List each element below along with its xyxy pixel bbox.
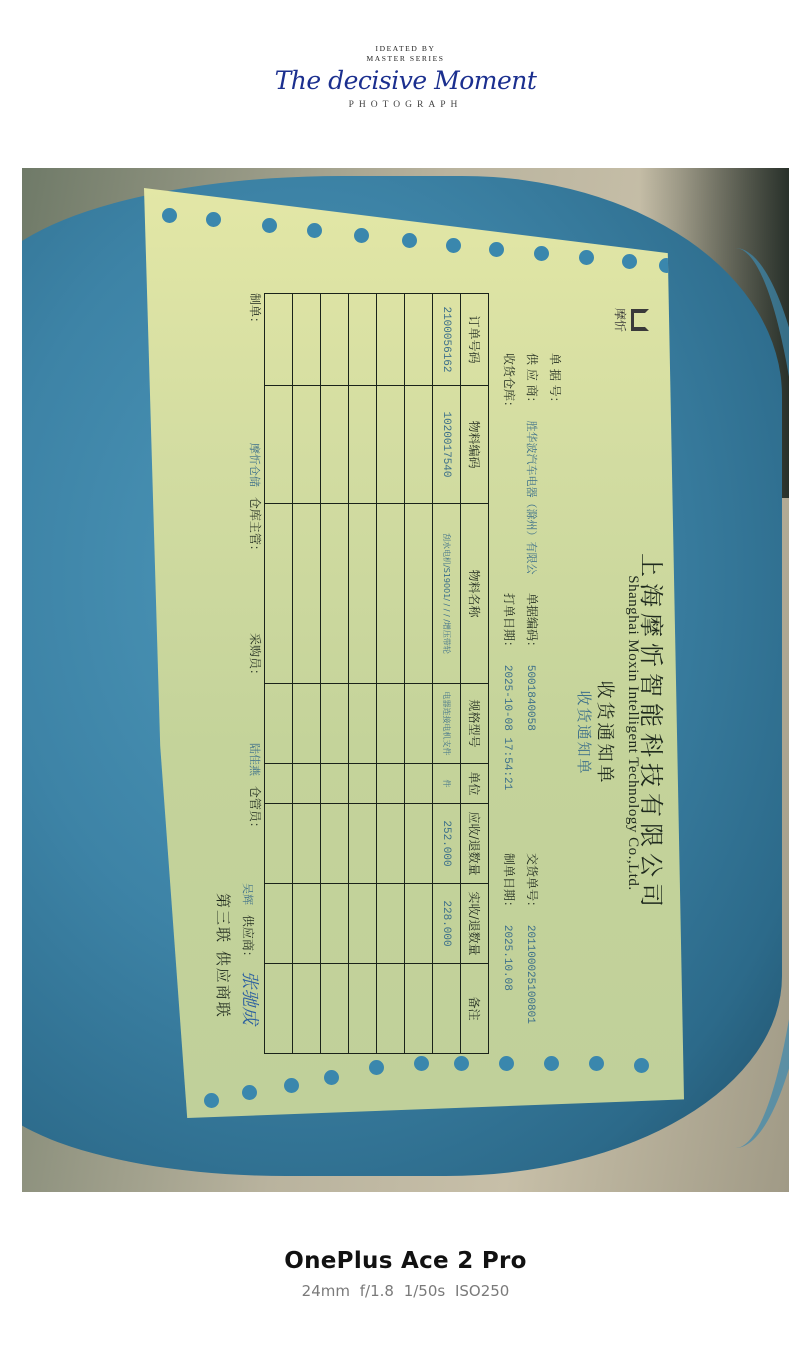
company-logo: 摩忻 [612,303,651,337]
col-material-name: 物料名称 [461,504,489,684]
wh-keeper-signature: 陆佳燕 仓管员： [247,743,264,834]
table-row [377,294,405,1054]
cell [377,386,405,504]
cell-material-name: 刮水电机/S19001/ / / / /增压带轮 [433,504,461,684]
cell [405,964,433,1054]
cell [265,294,293,386]
cell [377,964,405,1054]
cell [293,764,321,804]
perforation-hole [579,250,594,265]
chair-rim [672,248,789,1148]
maker-signature: 制单： [247,293,264,335]
perforation-hole [262,218,277,233]
supplier-sign-label: 供应商： [241,915,255,963]
cell [405,294,433,386]
perforation-hole [402,233,417,248]
photo-watermark-header: IDEATED BY MASTER SERIES The decisive Mo… [0,44,811,110]
table-row [265,294,293,1054]
cell [377,294,405,386]
col-qty-due: 应收/退数量 [461,804,489,884]
cell [405,504,433,684]
exif-info: 24mm f/1.8 1/50s ISO250 [0,1282,811,1300]
cell [349,504,377,684]
company-name-cn: 上海摩忻智能科技有限公司 [636,373,671,1093]
watermark-ideated-by: IDEATED BY [0,44,811,54]
wh-supervisor-value: 摩忻仓储 [248,443,261,487]
cell-remarks [433,964,461,1054]
cell [377,884,405,964]
cell [405,764,433,804]
cell [377,804,405,884]
cell [293,386,321,504]
photo: 摩忻 上海摩忻智能科技有限公司 Shanghai Moxin Intellige… [22,168,789,1192]
delivery-no-value: 201100025100801 [524,925,536,1024]
device-name: OnePlus Ace 2 Pro [0,1248,811,1274]
perforation-hole [446,238,461,253]
col-unit: 单位 [461,764,489,804]
cell [321,504,349,684]
table-row: 2100056162 1020017540 刮水电机/S19001/ / / /… [433,294,461,1054]
supplier-value: 胜华波汽车电器（滁州）有限公 [525,420,538,574]
watermark-photograph: PHOTOGRAPH [0,100,811,110]
warehouse-field: 收货仓库： [501,353,518,421]
print-date-label: 打单日期： [502,593,516,653]
watermark-master-series: MASTER SERIES [0,54,811,64]
delivery-no-field: 交货单号： 201100025100801 [524,853,541,1024]
cell [321,964,349,1054]
supplier-label: 供 应 商： [525,353,539,409]
wh-supervisor-signature: 摩忻仓储 仓库主管： [247,443,264,557]
cell [349,386,377,504]
cell [265,964,293,1054]
cell [265,884,293,964]
photo-watermark-footer: OnePlus Ace 2 Pro 24mm f/1.8 1/50s ISO25… [0,1248,811,1300]
supplier-field: 供 应 商： 胜华波汽车电器（滁州）有限公 [524,353,541,574]
doc-no-field: 单 据 号： [547,353,564,417]
col-material-code: 物料编码 [461,386,489,504]
cell-order-no: 2100056162 [433,294,461,386]
cell [321,684,349,764]
cell [349,764,377,804]
company-name-en: Shanghai Moxin Intelligent Technology Co… [624,373,641,1093]
cell [321,386,349,504]
cell [321,764,349,804]
cell [405,884,433,964]
cell [293,684,321,764]
moxin-logo-icon [629,307,651,333]
bill-code-label: 单据编码： [525,593,539,653]
cell [349,964,377,1054]
buyer-signature: 采购员： [247,633,264,687]
wh-keeper-label: 仓管员： [248,786,262,834]
perforation-hole [206,212,221,227]
cell [321,804,349,884]
cell [321,294,349,386]
cell [293,294,321,386]
perforation-hole [489,242,504,257]
form-title-printed: 收货通知单 [574,373,595,1093]
bill-code-value: 5001840058 [524,665,536,731]
warehouse-label: 收货仓库： [502,353,516,413]
table-header-row: 订单号码 物料编码 物料名称 规格型号 单位 应收/退数量 实收/退数量 备注 [461,294,489,1054]
copy-label: 第三联 供应商联 [213,893,234,1019]
doc-no-label: 单 据 号： [548,353,562,409]
cell [349,684,377,764]
wh-keeper-value: 陆佳燕 [248,743,261,776]
created-date-value: 2025.10.08 [501,925,513,991]
cell [349,804,377,884]
perforation-hole [307,223,322,238]
cell [293,504,321,684]
bill-code-field: 单据编码： 5001840058 [524,593,541,731]
cell [405,804,433,884]
receipt-content: 摩忻 上海摩忻智能科技有限公司 Shanghai Moxin Intellige… [209,293,679,1173]
items-table: 订单号码 物料编码 物料名称 规格型号 单位 应收/退数量 实收/退数量 备注 … [264,293,489,1054]
cell [321,884,349,964]
cell-material-code: 1020017540 [433,386,461,504]
cell [377,504,405,684]
cell [293,964,321,1054]
print-date-value: 2025-10-08 17:54:21 [501,665,513,790]
cell [405,386,433,504]
logo-text: 摩忻 [612,303,629,337]
cell [265,504,293,684]
supplier-handwritten-signature: 张驰成 [239,971,260,1025]
perforation-hole [622,254,637,269]
table-row [405,294,433,1054]
cell [265,804,293,884]
cell [265,386,293,504]
table-row [293,294,321,1054]
created-date-label: 制单日期： [502,853,516,913]
print-date-field: 打单日期： 2025-10-08 17:54:21 [501,593,518,790]
watermark-script-logo: The decisive Moment [0,66,811,96]
maker-label: 制单： [248,293,262,329]
supplier-stamp: 吴辉 [241,883,254,905]
cell-unit: 件 [433,764,461,804]
col-spec: 规格型号 [461,684,489,764]
receipt-paper: 摩忻 上海摩忻智能科技有限公司 Shanghai Moxin Intellige… [144,188,684,1118]
col-qty-received: 实收/退数量 [461,884,489,964]
cell [265,684,293,764]
cell-qty-received: 228.000 [433,884,461,964]
cell [265,764,293,804]
cell [405,684,433,764]
table-row [349,294,377,1054]
col-remarks: 备注 [461,964,489,1054]
buyer-label: 采购员： [248,633,262,681]
perforation-hole [162,208,177,223]
table-row [321,294,349,1054]
cell [349,884,377,964]
perforation-hole [534,246,549,261]
wh-supervisor-label: 仓库主管： [248,497,262,557]
cell [293,884,321,964]
supplier-signature: 吴辉 供应商： 张驰成 [238,883,264,1025]
form-title: 收货通知单 [593,373,619,1093]
cell [377,764,405,804]
cell-spec: 电器连接电机支件 [433,684,461,764]
perforation-hole [354,228,369,243]
created-date-field: 制单日期： 2025.10.08 [501,853,518,991]
cell [377,684,405,764]
cell [293,804,321,884]
delivery-no-label: 交货单号： [525,853,539,913]
cell [349,294,377,386]
col-order-no: 订单号码 [461,294,489,386]
cell-qty-due: 252.000 [433,804,461,884]
